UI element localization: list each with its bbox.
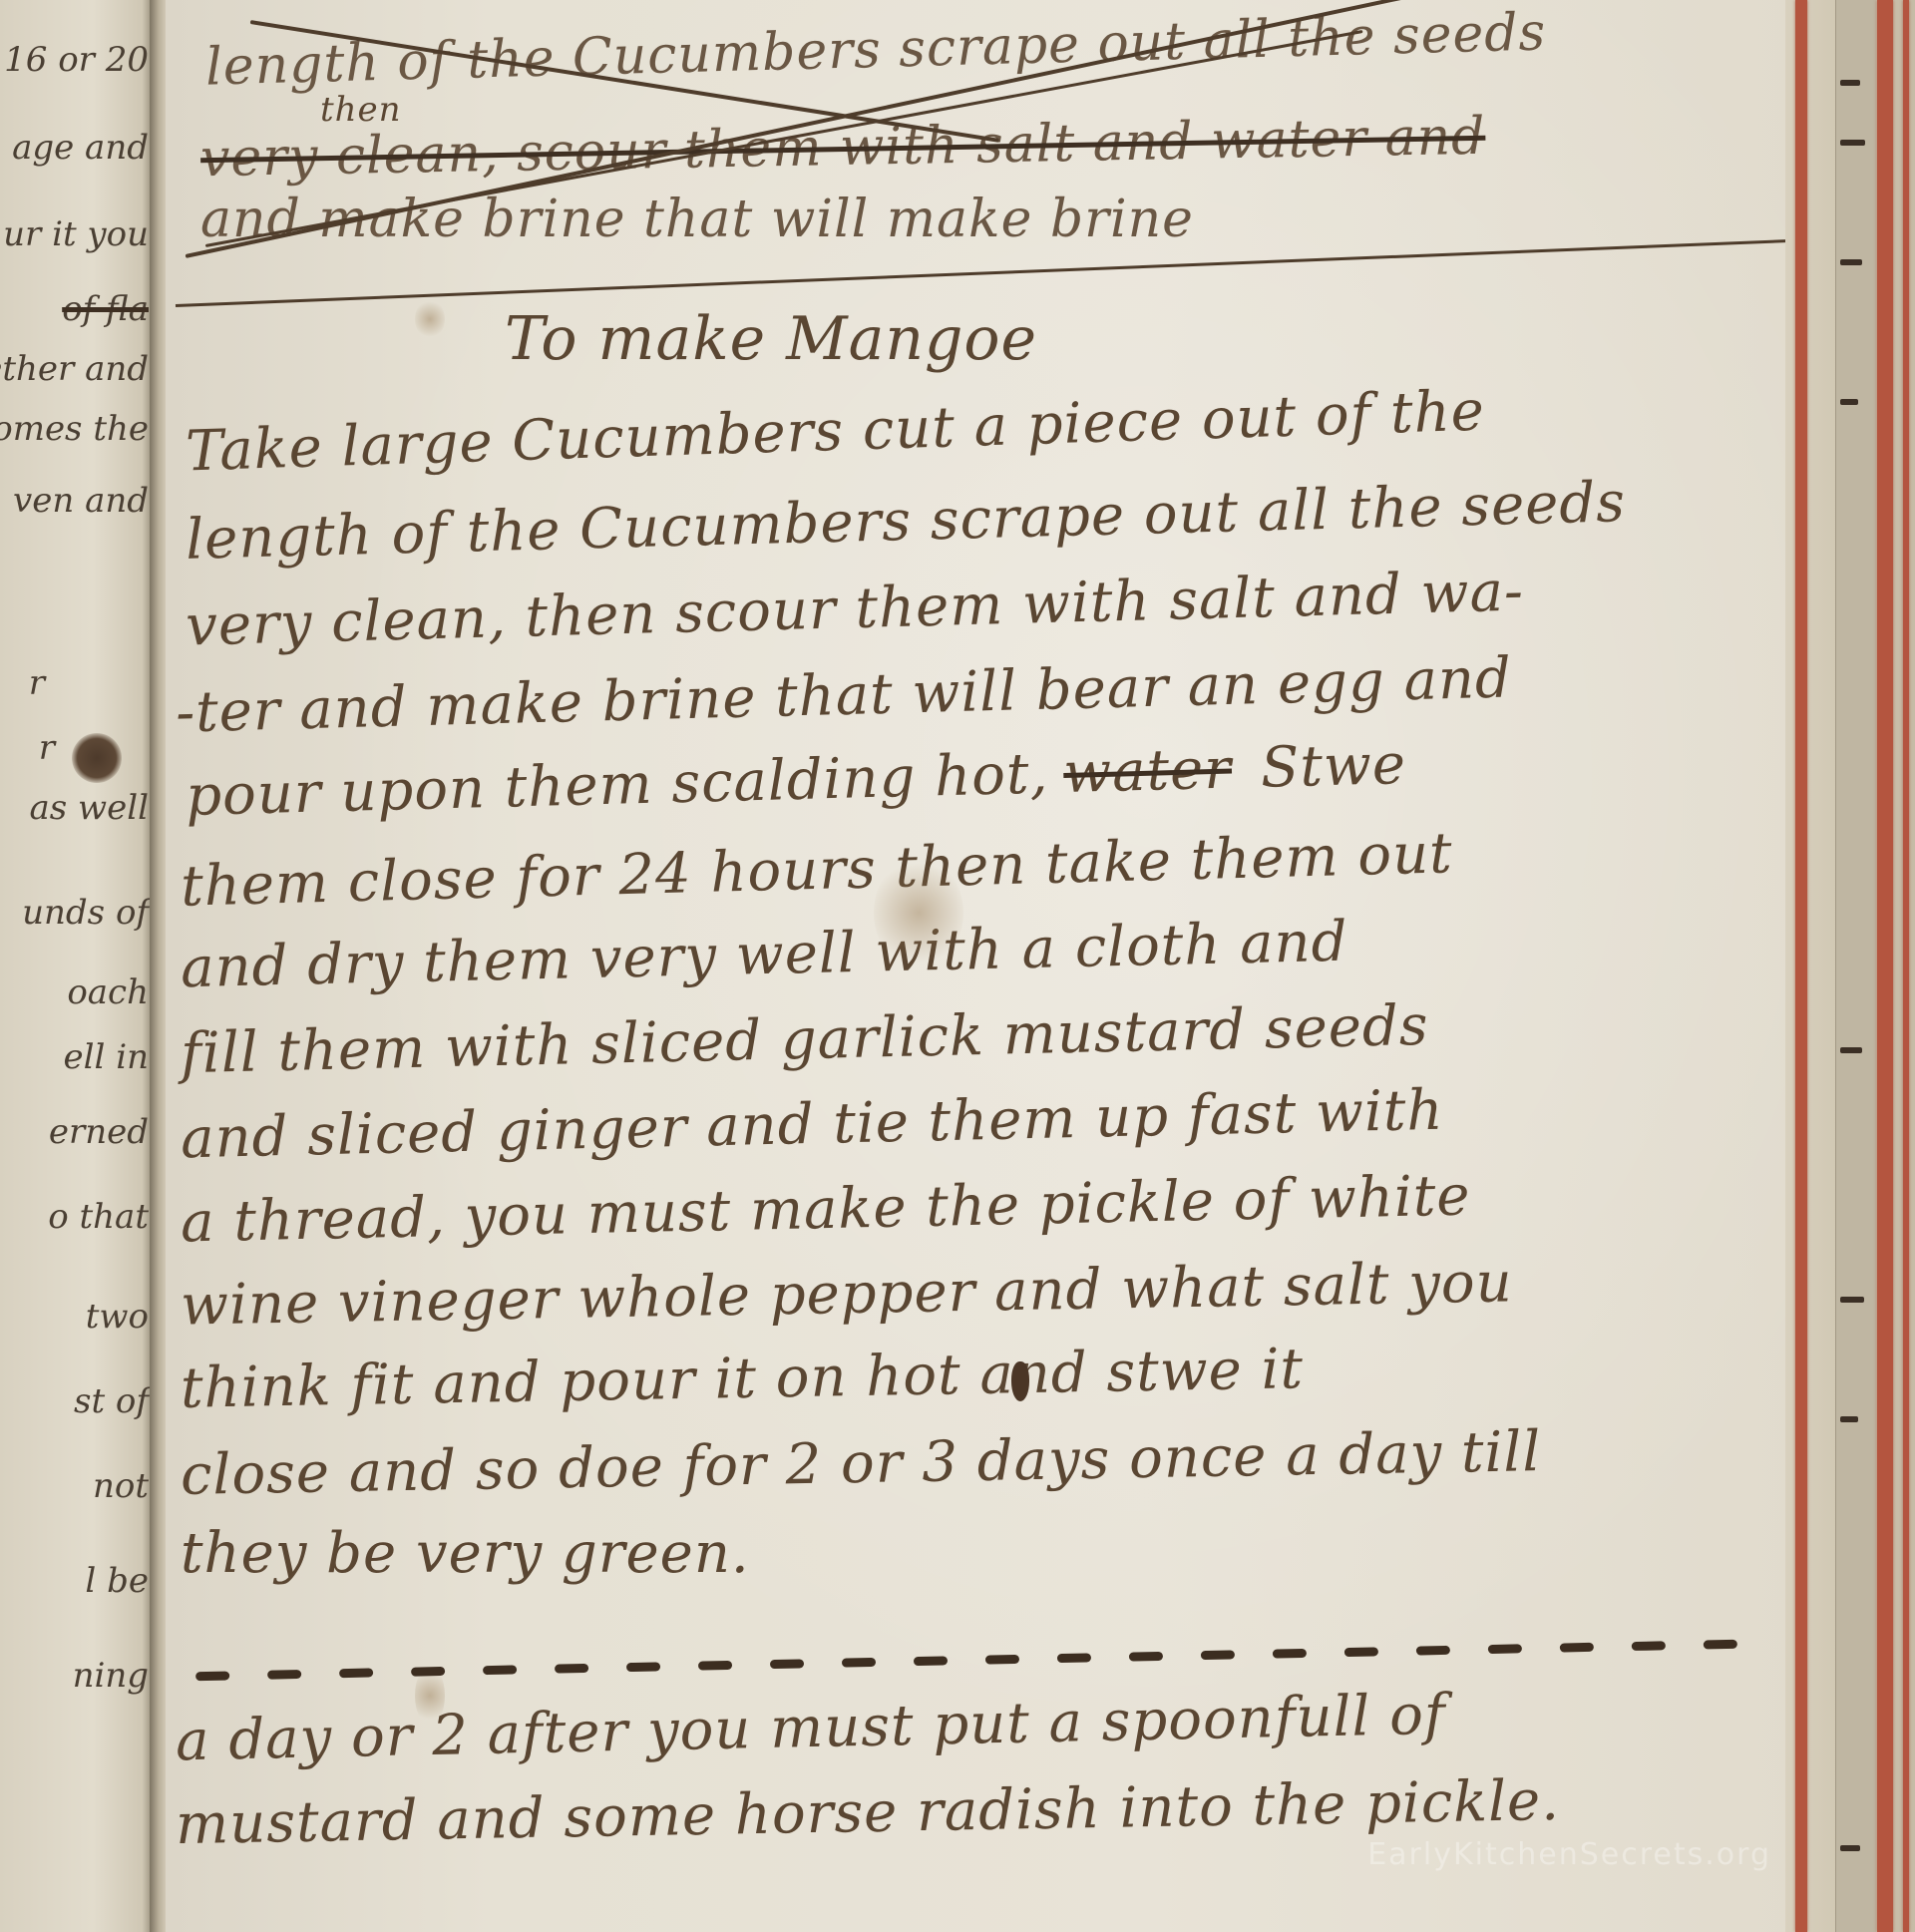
left-fragment: l be [85,1561,149,1601]
left-fragment: not [93,1466,149,1506]
left-fragment: n age and [0,128,149,168]
left-fragment: ven and [13,481,149,521]
ink-blot [72,733,122,783]
recipe-title: To make Mangoe [505,304,1037,374]
recipe-line: they be very green. [181,1521,750,1586]
recipe-page: length of the Cucumbers scrape out all t… [166,0,1801,1932]
dashed-separator [195,1640,1737,1681]
water-stain [415,299,445,339]
recipe-line-text: pour upon them scalding hot, [185,741,1049,829]
left-facing-page: ed 16 or 20 n age and ur it you of fla e… [0,0,155,1932]
edge-ink-mark [1840,259,1862,265]
left-fragment: st of [74,1381,149,1421]
water-stain [874,858,963,967]
left-fragment: ether and [0,349,149,389]
left-fragment: ell in [64,1037,149,1077]
postscript-line: mustard and some horse radish into the p… [176,1768,1561,1857]
left-fragment: two [86,1297,149,1337]
recipe-line: and dry them very well with a cloth and [180,910,1348,1001]
recipe-line: think fit and pour it on hot and stwe it [181,1337,1305,1421]
page-edges [1785,0,1915,1932]
edge-ink-mark [1840,1297,1864,1303]
recipe-line: a thread, you must make the pickle of wh… [180,1163,1471,1255]
edge-ink-mark [1840,1047,1862,1053]
postscript-line: a day or 2 after you must put a spoonful… [175,1683,1446,1774]
edge-ink-mark [1840,399,1858,405]
recipe-line: them close for 24 hours then take them o… [180,821,1453,919]
left-fragment: erned [49,1112,149,1152]
edge-ink-mark [1840,140,1865,146]
left-fragment: r [39,728,55,768]
recipe-line: length of the Cucumbers scrape out all t… [185,470,1626,573]
edge-ink-mark [1840,1845,1860,1851]
watermark: EarlyKitchenSecrets.org [1367,1837,1771,1872]
recipe-line-tail: Stwe [1260,732,1407,801]
recipe-line: Take large Cucumbers cut a piece out of … [185,379,1485,485]
red-page-edge [1795,0,1807,1932]
left-fragment: ur it you [3,214,149,254]
recipe-line: and sliced ginger and tie them up fast w… [180,1078,1444,1172]
manuscript-spread: ed 16 or 20 n age and ur it you of fla e… [0,0,1915,1932]
left-fragment: ning [73,1656,149,1696]
left-fragment-struck: of fla [62,289,149,329]
struck-word: water [1062,737,1232,806]
left-fragment: as well [30,788,150,828]
recipe-line: -ter and make brine that will bear an eg… [175,645,1512,745]
red-page-edge [1903,0,1909,1932]
struck-line: length of the Cucumbers scrape out all t… [204,2,1546,97]
recipe-line: fill them with sliced garlick mustard se… [180,993,1429,1086]
edge-ink-mark [1840,1416,1858,1422]
recipe-line-with-correction: pour upon them scalding hot, water Stwe [185,732,1406,829]
recipe-line: wine vineger whole pepper and what salt … [181,1250,1514,1338]
insertion-then: then [320,90,402,130]
recipe-line: close and so doe for 2 or 3 days once a … [181,1419,1542,1508]
left-fragment: r [29,663,45,703]
left-fragment: ed 16 or 20 [0,40,149,80]
ink-drop [1011,1361,1029,1401]
edge-ink-mark [1840,80,1860,86]
red-page-edge [1877,0,1893,1932]
left-fragment: o that [48,1197,149,1237]
left-fragment: comes the [0,409,149,449]
recipe-line: very clean, then scour them with salt an… [185,559,1524,658]
left-fragment: unds of [22,893,149,933]
left-fragment: oach [67,972,149,1012]
inserted-slip [1835,0,1876,1932]
